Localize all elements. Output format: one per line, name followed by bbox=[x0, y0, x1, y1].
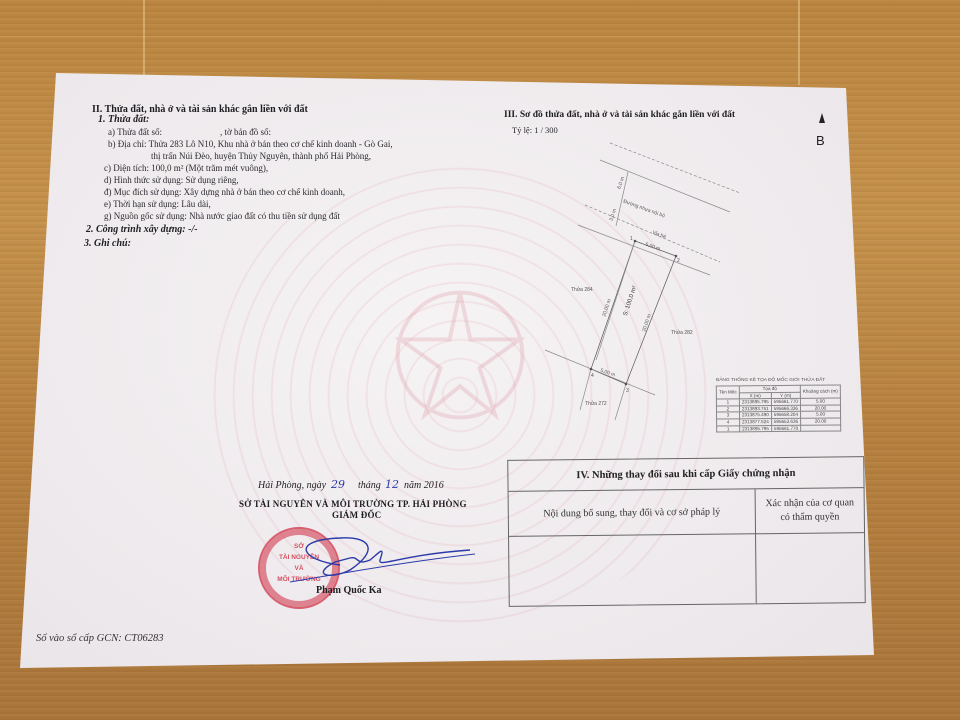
coord-table: Tên Mốc Tọa độ Khoảng cách (m) X (m) Y (… bbox=[716, 384, 841, 432]
neighbor-right-label: Thửa 282 bbox=[671, 330, 693, 336]
neighbor-bottom-label: Thửa 272 bbox=[585, 401, 607, 407]
authority-header-line2: có thẩm quyền bbox=[765, 510, 854, 525]
cell: 595661.770 bbox=[771, 425, 800, 432]
registry-number: Số vào sổ cấp GCN: CT06283 bbox=[36, 633, 163, 644]
date-year: năm 2016 bbox=[404, 480, 444, 491]
signature-scribble-icon bbox=[280, 530, 480, 590]
signer-role: GIÁM ĐỐC bbox=[332, 510, 381, 520]
cell: 595666.336 bbox=[771, 405, 800, 412]
floor-seam bbox=[0, 36, 960, 37]
coord-table-title: BẢNG THỐNG KÊ TỌA ĐỘ MỐC GIỚI THỬA ĐẤT bbox=[716, 378, 825, 383]
table-row: 1 2313895.795 595661.770 bbox=[717, 425, 841, 433]
issuing-authority: SỞ TÀI NGUYÊN VÀ MÔI TRƯỜNG TP. HẢI PHÒN… bbox=[239, 499, 467, 509]
point-1-label: 1 bbox=[630, 236, 633, 242]
point-3-label: 3 bbox=[626, 388, 629, 394]
cell: 2313875.490 bbox=[739, 412, 771, 419]
cell bbox=[801, 425, 841, 432]
cell: 595653.636 bbox=[771, 418, 800, 425]
authority-header-line1: Xác nhận của cơ quan bbox=[765, 496, 854, 511]
floor-seam bbox=[143, 0, 145, 75]
date-day: 29 bbox=[331, 478, 345, 491]
cell: 595658.204 bbox=[771, 412, 800, 419]
cell: 2313893.751 bbox=[739, 405, 771, 412]
changes-content-header: Nội dung bổ sung, thay đổi và cơ sở pháp… bbox=[509, 489, 756, 537]
date-month-label: tháng bbox=[358, 480, 381, 491]
signer-name: Phạm Quốc Ka bbox=[316, 585, 382, 596]
point-2-label: 2 bbox=[677, 258, 680, 264]
authority-confirmation-header: Xác nhận của cơ quan có thẩm quyền bbox=[756, 488, 864, 534]
column-divider bbox=[755, 533, 757, 603]
date-month: 12 bbox=[385, 478, 399, 491]
cell: 2313895.795 bbox=[740, 425, 772, 432]
cell: 1 bbox=[717, 425, 740, 432]
changes-table: IV. Những thay đổi sau khi cấp Giấy chứn… bbox=[507, 456, 866, 607]
cell: 2313877.524 bbox=[739, 419, 771, 426]
col-header-name: Tên Mốc bbox=[716, 386, 739, 399]
col-header-distance: Khoảng cách (m) bbox=[800, 385, 840, 399]
cell: 595661.770 bbox=[771, 398, 800, 405]
floor-seam bbox=[798, 0, 800, 85]
neighbor-left-label: Thửa 284 bbox=[571, 287, 593, 293]
section4-title: IV. Những thay đổi sau khi cấp Giấy chứn… bbox=[508, 457, 863, 492]
point-4-label: 4 bbox=[591, 373, 594, 379]
certificate-page: II. Thửa đất, nhà ở và tài sản khác gắn … bbox=[0, 0, 960, 720]
date-prefix: Hải Phòng, ngày bbox=[258, 480, 326, 491]
cell: 2313895.795 bbox=[739, 399, 771, 406]
parcel-map bbox=[0, 0, 960, 720]
